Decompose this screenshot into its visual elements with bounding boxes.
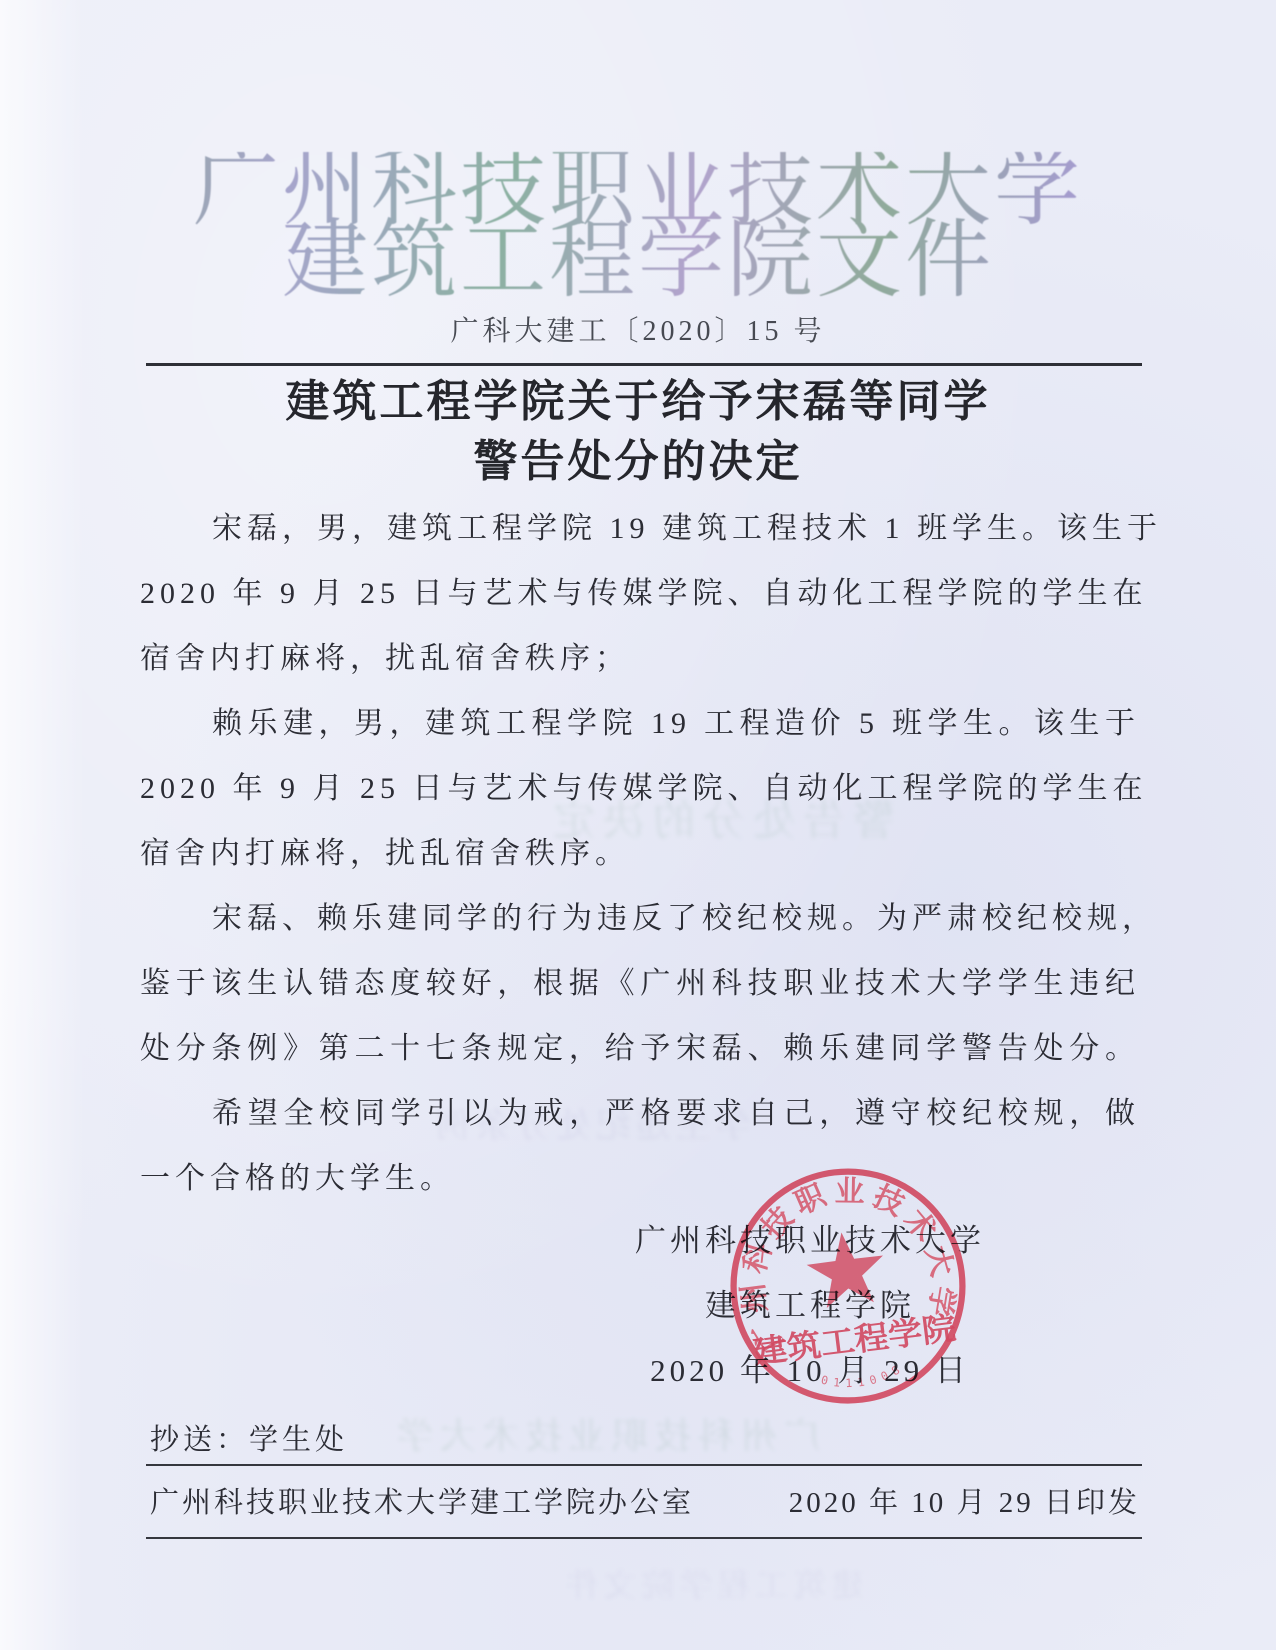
body-line: 2020 年 9 月 25 日与艺术与传媒学院、自动化工程学院的学生在 [140, 561, 1140, 626]
body-paragraphs: 宋磊，男，建筑工程学院 19 建筑工程技术 1 班学生。该生于2020 年 9 … [140, 496, 1140, 1211]
signature-date: 2020 年 10 月 29 日 [540, 1338, 1080, 1403]
header-divider-rule [146, 363, 1142, 366]
bleedthrough-text: 建筑工程学院文件 [560, 1560, 864, 1606]
body-line: 一个合格的大学生。 [140, 1146, 1140, 1211]
body-line: 希望全校同学引以为戒，严格要求自己，遵守校纪校规，做 [140, 1081, 1140, 1146]
body-line: 鉴于该生认错态度较好，根据《广州科技职业技术大学学生违纪 [140, 951, 1140, 1016]
scanned-document-page: 警告处分的决定 学生违纪处分条例 广州科技职业技术大学 建筑工程学院文件 广州科… [0, 0, 1276, 1650]
body-line: 宋磊、赖乐建同学的行为违反了校纪校规。为严肃校纪校规， [140, 886, 1140, 951]
document-title-line1: 建筑工程学院关于给予宋磊等同学 [138, 372, 1138, 432]
document-title-line2: 警告处分的决定 [138, 432, 1138, 492]
body-line: 宋磊，男，建筑工程学院 19 建筑工程技术 1 班学生。该生于 [140, 496, 1140, 561]
signature-block: 广州科技职业技术大学 建筑工程学院 2020 年 10 月 29 日 [540, 1208, 1080, 1403]
document-title: 建筑工程学院关于给予宋磊等同学 警告处分的决定 [138, 372, 1138, 492]
body-line: 宿舍内打麻将，扰乱宿舍秩序； [140, 626, 1140, 691]
body-line: 处分条例》第二十七条规定，给予宋磊、赖乐建同学警告处分。 [140, 1016, 1140, 1081]
issuing-office: 广州科技职业技术大学建工学院办公室 [150, 1481, 694, 1525]
footer-divider-rule-bottom [146, 1537, 1142, 1539]
cc-line: 抄送：学生处 [150, 1418, 1150, 1462]
letterhead-org-name: 广州科技职业技术大学 建筑工程学院文件 [88, 152, 1188, 296]
signature-org-line1: 广州科技职业技术大学 [540, 1208, 1080, 1273]
footer-divider-rule-top [146, 1464, 1142, 1466]
body-line: 宿舍内打麻将，扰乱宿舍秩序。 [140, 821, 1140, 886]
signature-org-line2: 建筑工程学院 [540, 1273, 1080, 1338]
document-number: 广科大建工〔2020〕15 号 [138, 310, 1138, 354]
body-line: 赖乐建，男，建筑工程学院 19 工程造价 5 班学生。该生于 [140, 691, 1140, 756]
issuing-office-line: 广州科技职业技术大学建工学院办公室 2020 年 10 月 29 日印发 [150, 1481, 1140, 1525]
print-date: 2020 年 10 月 29 日印发 [789, 1481, 1140, 1525]
body-line: 2020 年 9 月 25 日与艺术与传媒学院、自动化工程学院的学生在 [140, 756, 1140, 821]
